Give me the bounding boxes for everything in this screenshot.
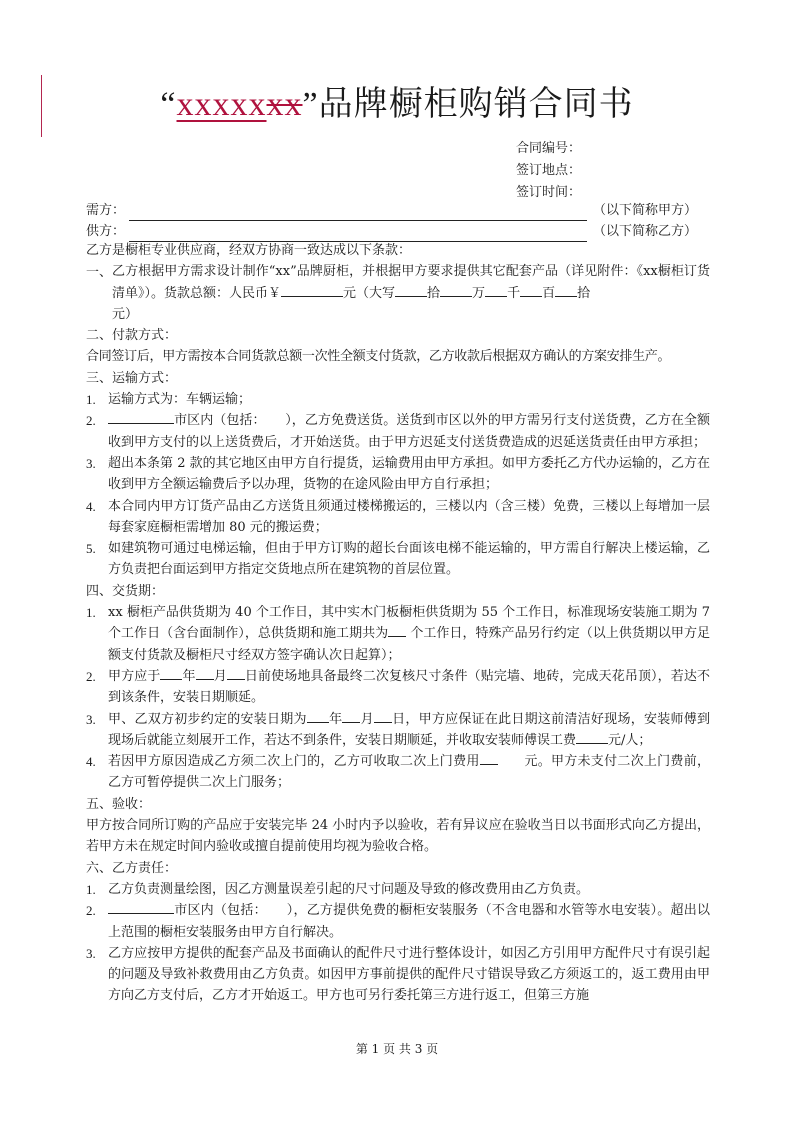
section-4-item-1: 1.xx 橱柜产品供货期为 40 个工作日，其中实木门板橱柜供货期为 55 个工… — [86, 602, 710, 666]
contract-number-label: 合同编号： — [516, 138, 581, 160]
title-open-quote: “ — [160, 86, 176, 123]
delay-fee-field[interactable] — [576, 730, 608, 744]
site-ready-month-field[interactable] — [196, 666, 214, 680]
buyer-suffix: （以下简称甲方） — [593, 201, 697, 221]
contract-meta: 合同编号： 签订地点： 签订时间： — [516, 138, 581, 204]
intro-paragraph: 乙方是橱柜专业供应商，经双方协商一致达成以下条款： — [86, 240, 710, 261]
title-close-quote: ” — [303, 86, 319, 123]
section-3-item-2: 2.市区内（包括： ），乙方免费送货。送货到市区以外的甲方需另行支付送货费，乙方… — [86, 410, 710, 453]
section-6-heading: 六、乙方责任： — [86, 858, 710, 879]
buyer-name-field[interactable] — [129, 206, 587, 221]
section-3-item-4: 4.本合同内甲方订货产品由乙方送货且须通过楼梯搬运的，三楼以内（含三楼）免费，三… — [86, 496, 710, 539]
section-3-heading: 三、运输方式： — [86, 368, 710, 389]
contract-body: 乙方是橱柜专业供应商，经双方协商一致达成以下条款： 一、 乙方根据甲方需求设计制… — [86, 240, 710, 1007]
site-ready-year-field[interactable] — [160, 666, 182, 680]
buyer-row: 需方： （以下简称甲方） — [86, 201, 706, 221]
document-title: “xxxxxxx”品牌橱柜购销合同书 — [0, 80, 794, 129]
section-4-item-4: 4.若因甲方原因造成乙方须二次上门的，乙方可收取二次上门费用 元。甲方未支付二次… — [86, 751, 710, 794]
seller-row: 供方： （以下简称乙方） — [86, 222, 706, 242]
section-4-heading: 四、交货期： — [86, 581, 710, 602]
section-3-item-1: 1.运输方式为：车辆运输； — [86, 389, 710, 410]
buyer-label: 需方： — [86, 201, 125, 221]
sign-place-label: 签订地点： — [516, 160, 581, 182]
section-1: 一、 乙方根据甲方需求设计制作“xx”品牌厨柜，并根据甲方要求提供其它配套产品（… — [86, 261, 710, 325]
amount-figure-field[interactable] — [281, 283, 343, 297]
section-6-item-2: 2.市区内（包括： ），乙方提供免费的橱柜安装服务（不含电器和水管等水电安装）。… — [86, 900, 710, 943]
install-city-field[interactable] — [108, 900, 174, 914]
section-5-heading: 五、验收： — [86, 794, 710, 815]
brand-inserted-text: xxxxx — [177, 86, 267, 123]
install-day-field[interactable] — [374, 709, 392, 723]
section-5-text: 甲方按合同所订购的产品应于安装完毕 24 小时内予以验收，若有异议应在验收当日以… — [86, 815, 710, 858]
section-4-item-2: 2.甲方应于年月日前使场地具备最终二次复核尺寸条件（贴完墙、地砖，完成天花吊顶）… — [86, 666, 710, 709]
delivery-city-field[interactable] — [108, 410, 174, 424]
section-2-text: 合同签订后，甲方需按本合同货款总额一次性全额支付货款，乙方收款后根据双方确认的方… — [86, 346, 710, 367]
amount-qian-field[interactable] — [485, 283, 507, 297]
section-3-item-3: 3.超出本条第 2 款的其它地区由甲方自行提货，运输费用由甲方承担。如甲方委托乙… — [86, 453, 710, 496]
title-text: 品牌橱柜购销合同书 — [319, 84, 634, 124]
second-visit-fee-field[interactable] — [480, 751, 498, 765]
section-1-prefix: 一、 — [86, 261, 112, 325]
section-6-item-3: 3.乙方应按甲方提供的配套产品及书面确认的配件尺寸进行整体设计，如因乙方引用甲方… — [86, 943, 710, 1007]
amount-bai-field[interactable] — [520, 283, 542, 297]
total-period-field[interactable] — [388, 623, 406, 637]
amount-shi-wan-field[interactable] — [395, 283, 427, 297]
amount-shi-field[interactable] — [555, 283, 577, 297]
seller-suffix: （以下简称乙方） — [593, 222, 697, 242]
page-footer: 第 1 页 共 3 页 — [0, 1040, 794, 1057]
install-month-field[interactable] — [342, 709, 360, 723]
section-6-item-1: 1.乙方负责测量绘图，因乙方测量误差引起的尺寸问题及导致的修改费用由乙方负责。 — [86, 879, 710, 900]
amount-wan-field[interactable] — [440, 283, 472, 297]
site-ready-day-field[interactable] — [227, 666, 245, 680]
title-brand-placeholder: xxxxxxx — [177, 86, 303, 123]
brand-deleted-text: xx — [267, 86, 303, 123]
section-2-heading: 二、付款方式： — [86, 325, 710, 346]
section-3-item-5: 5.如建筑物可通过电梯运输，但由于甲方订购的超长台面该电梯不能运输的，甲方需自行… — [86, 538, 710, 581]
seller-label: 供方： — [86, 222, 125, 242]
section-4-item-3: 3.甲、乙双方初步约定的安装日期为年月日，甲方应保证在此日期这前清洁好现场，安装… — [86, 709, 710, 752]
install-year-field[interactable] — [307, 709, 329, 723]
